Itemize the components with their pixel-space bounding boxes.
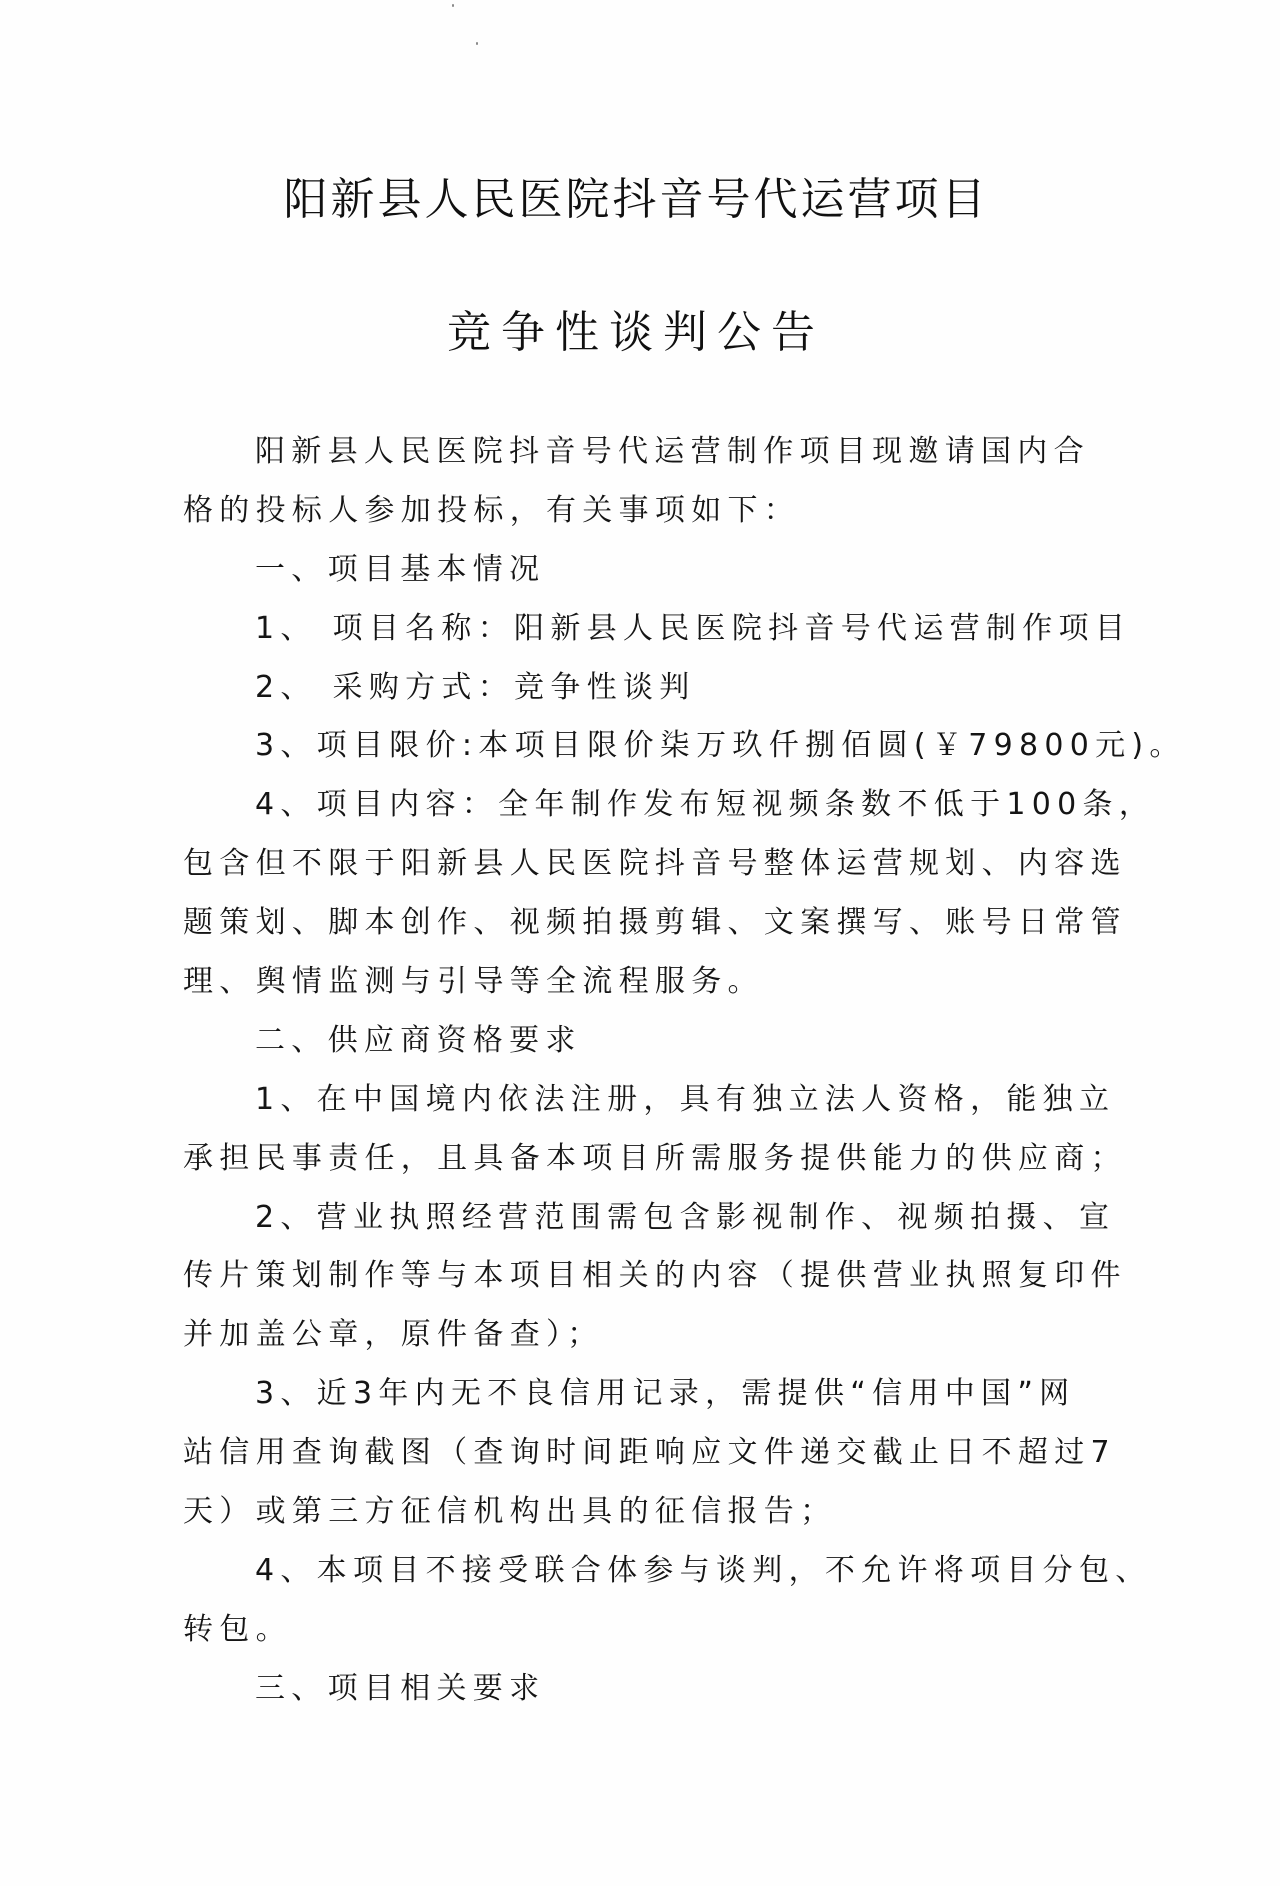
item-price-limit: 3、项目限价:本项目限价柒万玖仟捌佰圆(￥79800元)。 — [183, 717, 1095, 776]
qualification-item-4: 4、本项目不接受联合体参与谈判，不允许将项目分包、 — [183, 1542, 1095, 1601]
qualification-item-2: 2、营业执照经营范围需包含影视制作、视频拍摄、宣 — [183, 1189, 1095, 1248]
item-procurement-method: 2、 采购方式：竞争性谈判 — [183, 659, 1095, 718]
item-project-content-cont: 包含但不限于阳新县人民医院抖音号整体运营规划、内容选 — [183, 835, 1095, 894]
item-project-content-cont: 题策划、脚本创作、视频拍摄剪辑、文案撰写、账号日常管 — [183, 894, 1095, 953]
qualification-item-3: 3、近3年内无不良信用记录，需提供“信用中国”网 — [183, 1365, 1095, 1424]
qualification-item-3-cont: 站信用查询截图（查询时间距响应文件递交截止日不超过7 — [183, 1424, 1095, 1483]
intro-line: 阳新县人民医院抖音号代运营制作项目现邀请国内合 — [183, 423, 1095, 482]
scanned-document-page: 阳新县人民医院抖音号代运营项目 竞争性谈判公告 阳新县人民医院抖音号代运营制作项… — [0, 0, 1280, 1886]
scan-speck — [452, 4, 454, 7]
qualification-item-3-cont: 天）或第三方征信机构出具的征信报告； — [183, 1483, 1095, 1542]
section-heading-project-requirements: 三、项目相关要求 — [183, 1660, 1095, 1719]
item-project-name: 1、 项目名称：阳新县人民医院抖音号代运营制作项目 — [183, 600, 1095, 659]
item-project-content: 4、项目内容：全年制作发布短视频条数不低于100条， — [183, 776, 1095, 835]
intro-line: 格的投标人参加投标，有关事项如下： — [183, 482, 1095, 541]
qualification-item-2-cont: 传片策划制作等与本项目相关的内容（提供营业执照复印件 — [183, 1247, 1095, 1306]
item-project-content-cont: 理、舆情监测与引导等全流程服务。 — [183, 953, 1095, 1012]
qualification-item-4-cont: 转包。 — [183, 1601, 1095, 1660]
section-heading-supplier-qualifications: 二、供应商资格要求 — [183, 1012, 1095, 1071]
section-heading-basic-info: 一、项目基本情况 — [183, 541, 1095, 600]
qualification-item-1-cont: 承担民事责任，且具备本项目所需服务提供能力的供应商； — [183, 1130, 1095, 1189]
qualification-item-2-cont: 并加盖公章，原件备查）； — [183, 1306, 1095, 1365]
document-subtitle: 竞争性谈判公告 — [0, 305, 1272, 361]
document-body: 阳新县人民医院抖音号代运营制作项目现邀请国内合 格的投标人参加投标，有关事项如下… — [183, 423, 1095, 1719]
scan-speck — [476, 42, 478, 45]
document-title: 阳新县人民医院抖音号代运营项目 — [0, 172, 1272, 228]
qualification-item-1: 1、在中国境内依法注册，具有独立法人资格，能独立 — [183, 1071, 1095, 1130]
